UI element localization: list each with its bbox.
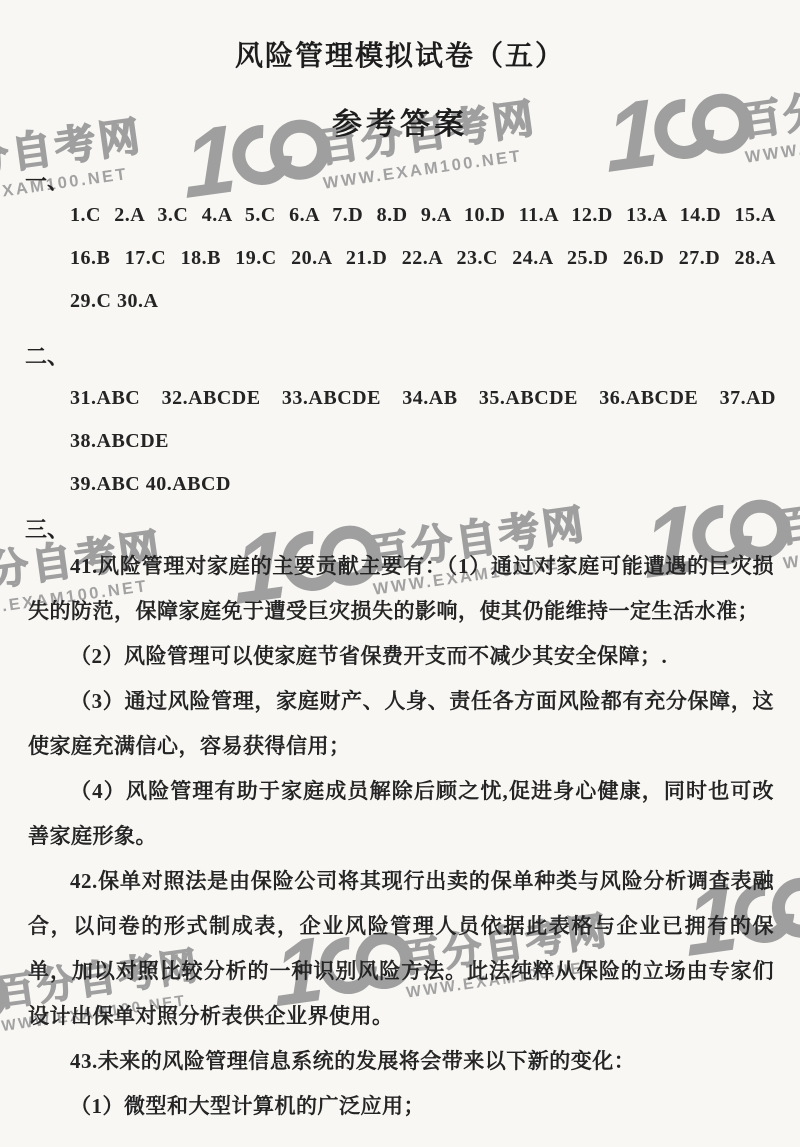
answer-paragraph-43-1: （1）微型和大型计算机的广泛应用； xyxy=(28,1084,774,1129)
answer-line: 29.C 30.A xyxy=(70,280,776,323)
section-three-label: 三、 xyxy=(25,518,800,542)
answer-paragraph-41-2: （2）风险管理可以使家庭节省保费开支而不减少其安全保障；. xyxy=(28,634,774,679)
answer-paragraph-43: 43.未来的风险管理信息系统的发展将会带来以下新的变化： xyxy=(28,1039,774,1084)
page-subtitle: 参考答案 xyxy=(0,106,800,144)
answer-line: 39.ABC 40.ABCD xyxy=(70,463,776,506)
section-two-answers: 31.ABC 32.ABCDE 33.ABCDE 34.AB 35.ABCDE … xyxy=(0,377,800,506)
answer-line: 31.ABC 32.ABCDE 33.ABCDE 34.AB 35.ABCDE … xyxy=(70,377,776,463)
section-one-label: 一、 xyxy=(25,170,800,194)
section-one-answers: 1.C 2.A 3.C 4.A 5.C 6.A 7.D 8.D 9.A 10.D… xyxy=(0,194,800,323)
document-content: 风险管理模拟试卷（五） 参考答案 一、 1.C 2.A 3.C 4.A 5.C … xyxy=(0,0,800,1147)
answer-line: 1.C 2.A 3.C 4.A 5.C 6.A 7.D 8.D 9.A 10.D… xyxy=(70,194,776,237)
section-three-paragraphs: 41.风险管理对家庭的主要贡献主要有：（1）通过对家庭可能遭遇的巨灾损失的防范，… xyxy=(0,544,800,1129)
scanned-answer-sheet-page: 1 百分自考网 WWW.EXAM100.NET 1 百分自考网 WWW.EXAM… xyxy=(0,0,800,1147)
page-title: 风险管理模拟试卷（五） xyxy=(0,38,800,74)
answer-paragraph-41: 41.风险管理对家庭的主要贡献主要有：（1）通过对家庭可能遭遇的巨灾损失的防范，… xyxy=(28,544,774,634)
answer-paragraph-41-3: （3）通过风险管理，家庭财产、人身、责任各方面风险都有充分保障，这使家庭充满信心… xyxy=(28,679,774,769)
answer-paragraph-41-4: （4）风险管理有助于家庭成员解除后顾之忧,促进身心健康，同时也可改善家庭形象。 xyxy=(28,769,774,859)
answer-line: 16.B 17.C 18.B 19.C 20.A 21.D 22.A 23.C … xyxy=(70,237,776,280)
section-two-label: 二、 xyxy=(25,345,800,369)
answer-paragraph-42: 42.保单对照法是由保险公司将其现行出卖的保单种类与风险分析调查表融合，以问卷的… xyxy=(28,859,774,1039)
